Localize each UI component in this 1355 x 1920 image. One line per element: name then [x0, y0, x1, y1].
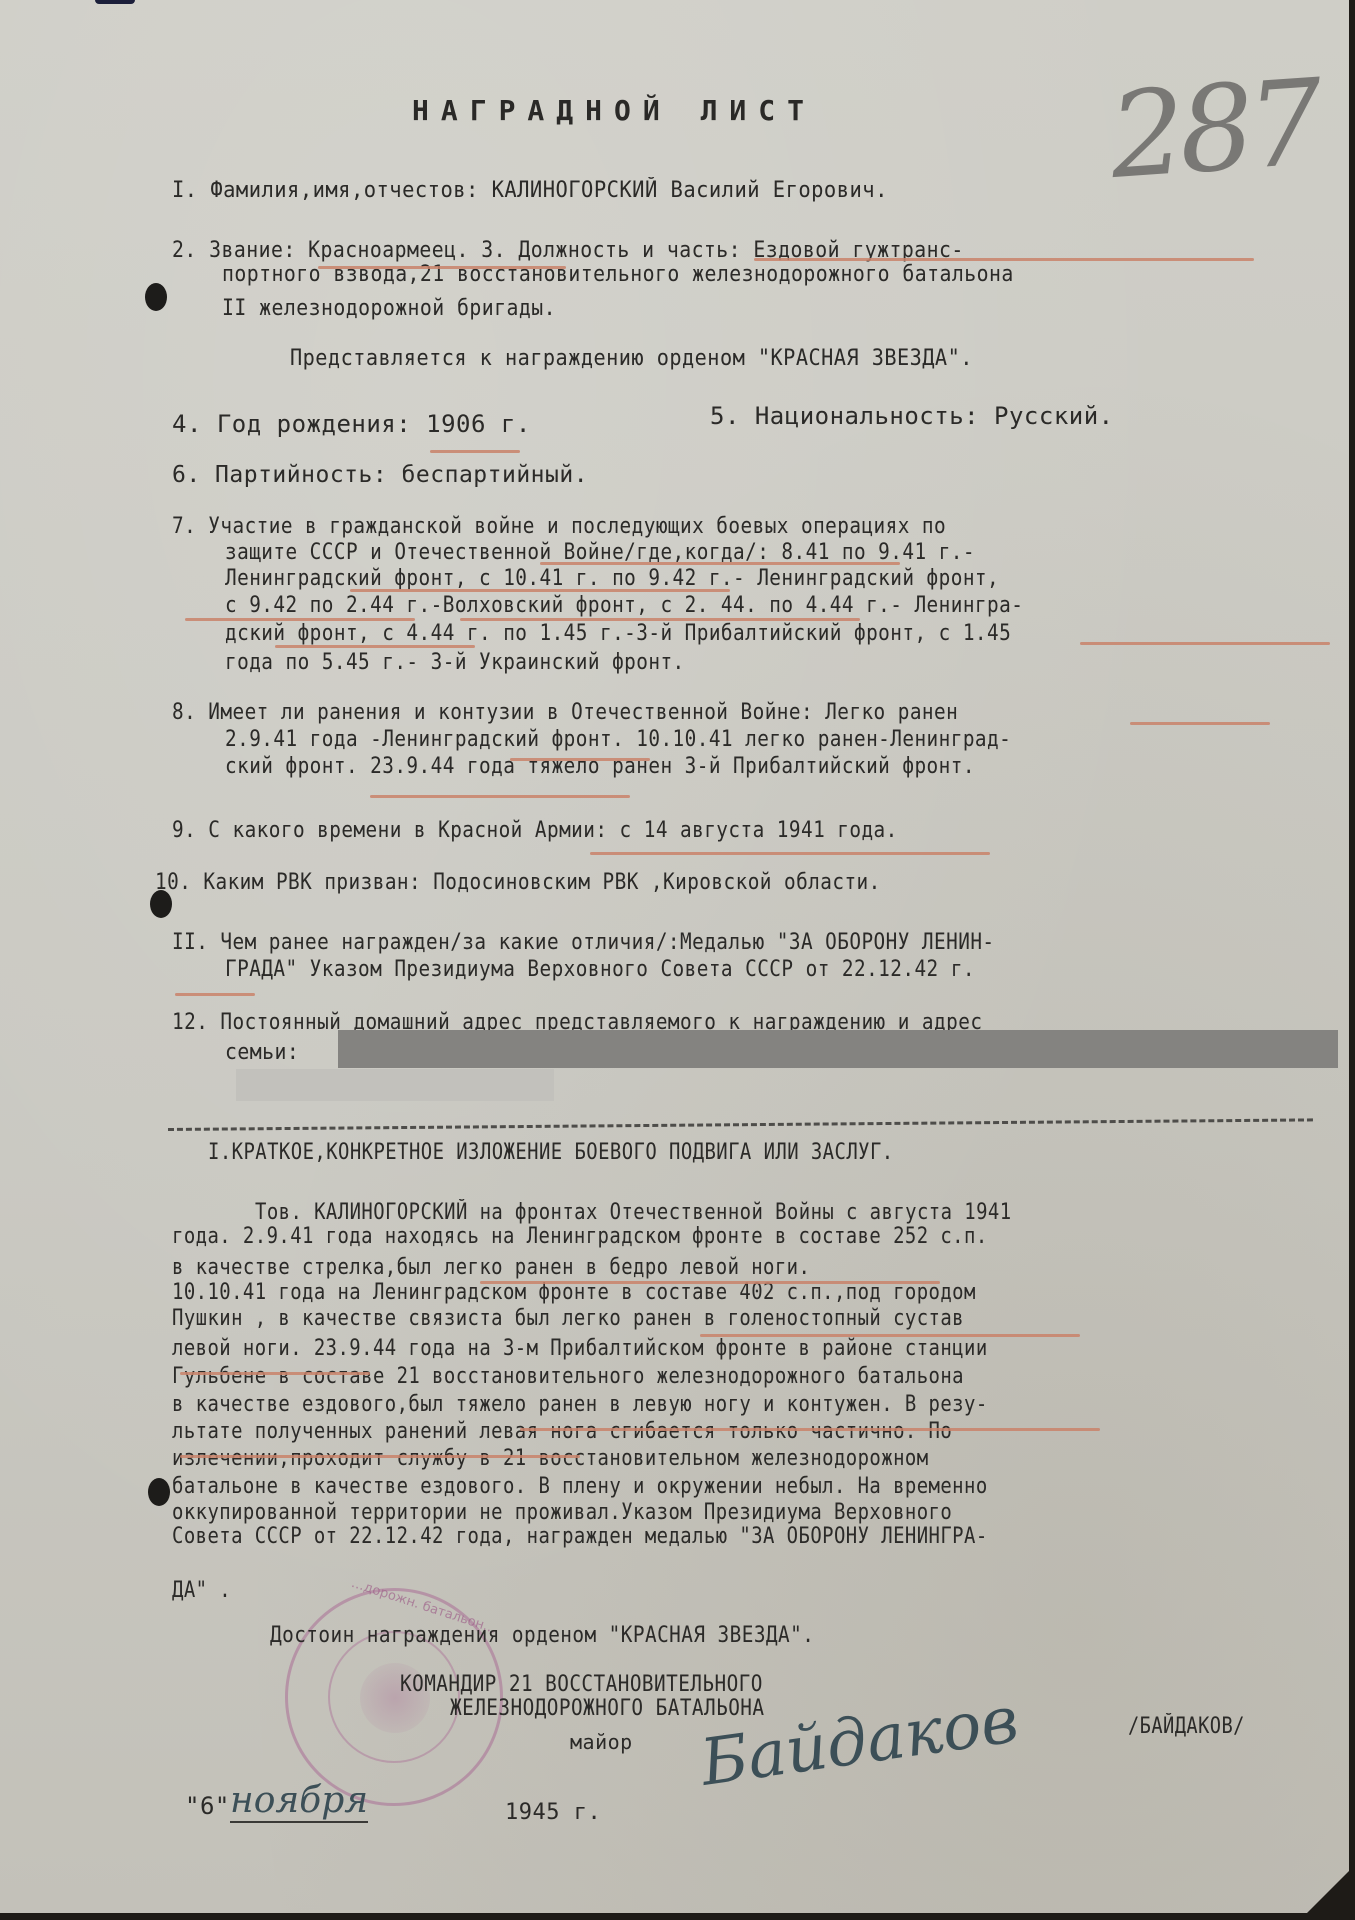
field-position-cont: II железнодорожной бригады. — [222, 296, 556, 321]
field-combat-participation: года по 5.45 г.- 3-й Украинский фронт. — [225, 650, 685, 675]
date-day: "6" — [185, 1792, 230, 1820]
redacted-address — [338, 1030, 1338, 1068]
field-family-label: семьи: — [225, 1040, 299, 1065]
redacted-address-continued — [236, 1069, 554, 1101]
punch-hole — [145, 283, 167, 311]
narrative-line: батальоне в качестве ездового. В плену и… — [172, 1474, 988, 1499]
commander-title: КОМАНДИР 21 ВОССТАНОВИТЕЛЬНОГО — [400, 1672, 763, 1697]
commander-title: ЖЕЛЕЗНОДОРОЖНОГО БАТАЛЬОНА — [450, 1696, 764, 1721]
narrative-line: излечении,проходит службу в 21 восстанов… — [172, 1446, 929, 1471]
field-previous-awards: ГРАДА" Указом Президиума Верховного Сове… — [225, 957, 975, 982]
punch-hole — [148, 1478, 170, 1506]
field-birth-year: 4. Год рождения: 1906 г. — [172, 410, 531, 438]
narrative-line: Тов. КАЛИНОГОРСКИЙ на фронтах Отечествен… — [255, 1200, 1012, 1225]
ink-blot — [95, 0, 135, 4]
narrative-line: года. 2.9.41 года находясь на Ленинградс… — [172, 1224, 988, 1249]
narrative-line: льтате полученных ранений левая нога сги… — [172, 1419, 952, 1444]
field-full-name: I. Фамилия,имя,отчестов: КАЛИНОГОРСКИЙ В… — [172, 178, 888, 203]
narrative-line: ДА" . — [172, 1578, 231, 1603]
punch-hole — [150, 890, 172, 918]
field-wounds: 2.9.41 года -Ленинградский фронт. 10.10.… — [225, 727, 1011, 752]
field-combat-participation: с 9.42 по 2.44 г.-Волховский фронт, с 2.… — [225, 593, 1023, 618]
field-party: 6. Партийность: беспартийный. — [172, 462, 588, 488]
field-conscription-office: 10. Каким РВК призван: Подосиновским РВК… — [155, 870, 881, 895]
commander-rank: майор — [570, 1730, 633, 1754]
field-combat-participation: 7. Участие в гражданской войне и последу… — [172, 514, 946, 539]
award-sheet-page: НАГРАДНОЙ ЛИСТ 287 I. Фамилия,имя,отчест… — [0, 0, 1349, 1913]
handwritten-sheet-number: 287 — [1105, 53, 1321, 205]
signer-name: /БАЙДАКОВ/ — [1128, 1714, 1245, 1739]
narrative-line: Совета СССР от 22.12.42 года, награжден … — [172, 1524, 988, 1549]
award-nomination: Представляется к награждению орденом "КР… — [290, 346, 973, 371]
date-month-handwritten: ноября — [230, 1780, 368, 1823]
date-year: 1945 г. — [505, 1800, 601, 1825]
field-previous-awards: II. Чем ранее награжден/за какие отличия… — [172, 930, 995, 955]
field-nationality: 5. Национальность: Русский. — [710, 402, 1114, 430]
section-heading: I.КРАТКОЕ,КОНКРЕТНОЕ ИЗЛОЖЕНИЕ БОЕВОГО П… — [208, 1140, 894, 1165]
field-combat-participation: Ленинградский фронт, с 10.41 г. по 9.42 … — [225, 566, 999, 591]
field-wounds: 8. Имеет ли ранения и контузии в Отечест… — [172, 700, 958, 725]
section-divider — [168, 1118, 1313, 1131]
document-title: НАГРАДНОЙ ЛИСТ — [412, 94, 816, 127]
narrative-line: оккупированной территории не проживал.Ук… — [172, 1500, 952, 1525]
narrative-line: левой ноги. 23.9.44 года на 3-м Прибалти… — [172, 1336, 988, 1361]
folded-corner — [1307, 1871, 1349, 1913]
narrative-line: в качестве стрелка,был легко ранен в бед… — [172, 1255, 810, 1280]
field-service-start: 9. С какого времени в Красной Армии: с 1… — [172, 818, 898, 843]
narrative-line: в качестве ездового,был тяжело ранен в л… — [172, 1392, 988, 1417]
narrative-line: Гульбене в составе 21 восстановительного… — [172, 1364, 964, 1389]
field-combat-participation: дский фронт, с 4.44 г. по 1.45 г.-3-й Пр… — [225, 621, 1011, 646]
worthy-statement: Достоин награждения орденом "КРАСНАЯ ЗВЕ… — [270, 1623, 814, 1648]
narrative-line: Пушкин , в качестве связиста был легко р… — [172, 1306, 964, 1331]
